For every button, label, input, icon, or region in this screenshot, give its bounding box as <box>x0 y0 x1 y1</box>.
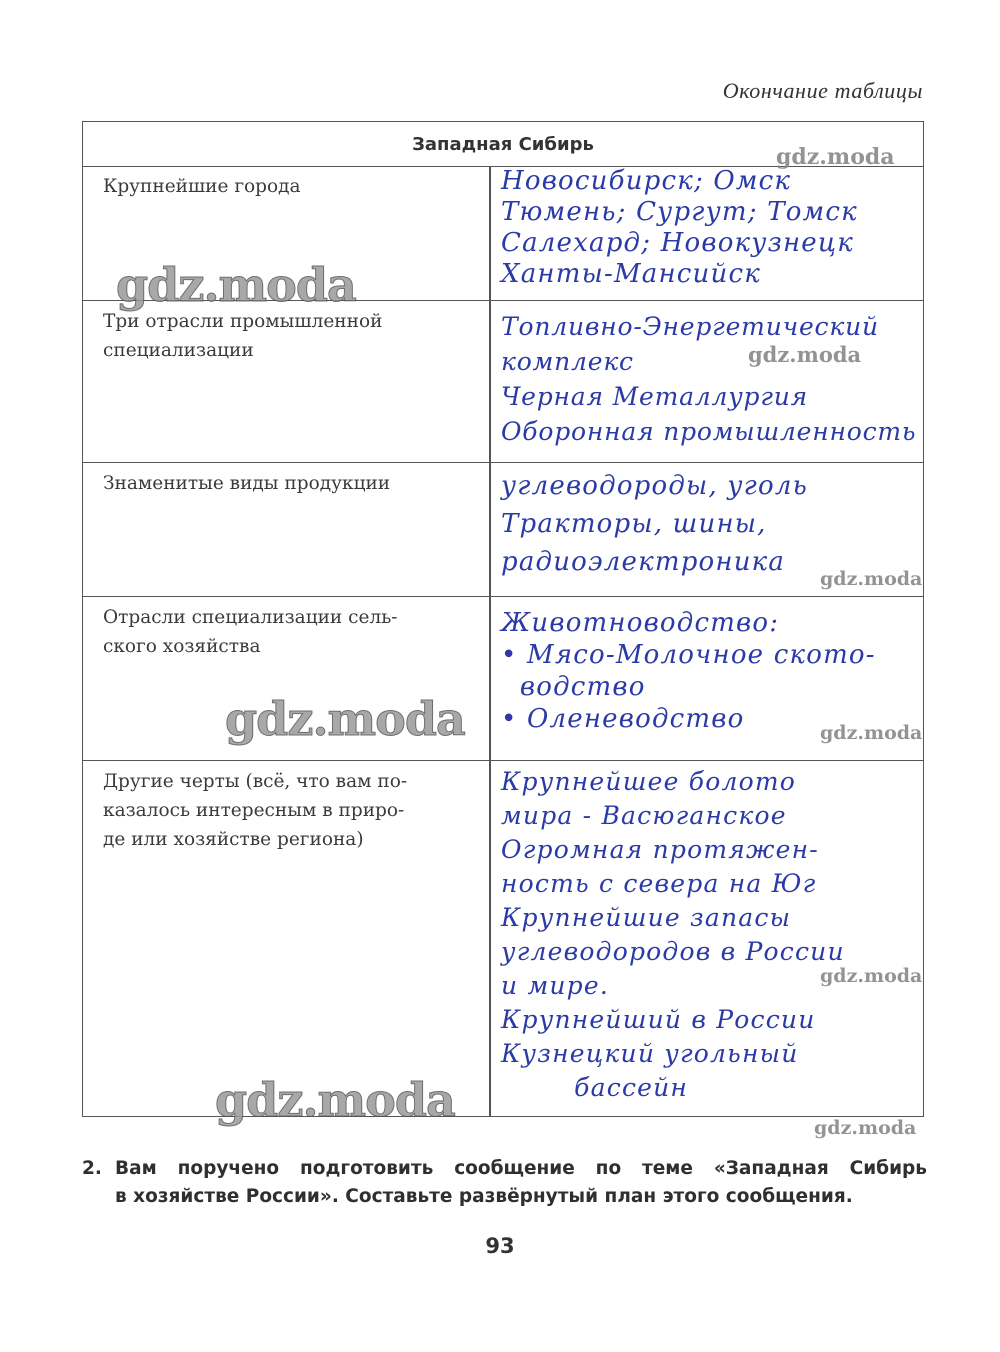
table-header-region: Западная Сибирь <box>83 122 923 167</box>
table-row-agriculture: Отрасли специализации сель- ского хозяйс… <box>83 597 923 761</box>
answer-line: Тюмень; Сургут; Томск <box>501 197 926 228</box>
answer-line: Ханты-Мансийск <box>501 259 926 290</box>
answer-line: Крупнейший в России <box>501 1003 926 1037</box>
handwritten-answer: Животноводство:• Мясо-Молочное ското- во… <box>501 607 926 735</box>
answer-line: Крупнейшее болото <box>501 765 926 799</box>
answer-line: • Мясо-Молочное ското- <box>501 639 926 671</box>
handwritten-answer: Топливно-ЭнергетическийкомплексЧерная Ме… <box>501 309 926 449</box>
answer-line: Новосибирск; Омск <box>501 166 926 197</box>
answer-line: углеводородов в России <box>501 935 926 969</box>
table-row-industry-specialization: Три отрасли промышленной специализации Т… <box>83 301 923 463</box>
answer-line: Кузнецкий угольный <box>501 1037 926 1071</box>
task-text-line-2: в хозяйстве России». Составьте развёрнут… <box>115 1183 927 1211</box>
table-continuation-caption: Окончание таблицы <box>723 78 923 104</box>
region-table: Западная Сибирь Крупнейшие города Новоси… <box>82 121 924 1117</box>
answer-line: Оборонная промышленность <box>501 414 926 449</box>
answer-line: радиоэлектроника <box>501 543 926 581</box>
row-label: Три отрасли промышленной специализации <box>103 307 473 365</box>
answer-line: водство <box>501 671 926 703</box>
table-row-famous-products: Знаменитые виды продукции углеводороды, … <box>83 463 923 597</box>
row-label: Крупнейшие города <box>103 172 473 201</box>
answer-line: Топливно-Энергетический <box>501 309 926 344</box>
answer-line: комплекс <box>501 344 926 379</box>
answer-line: мира - Васюганское <box>501 799 926 833</box>
task-text-line-1: Вам поручено подготовить сообщение по те… <box>115 1155 927 1183</box>
answer-line: • Оленеводство <box>501 703 926 735</box>
answer-line: Животноводство: <box>501 607 926 639</box>
answer-line: Тракторы, шины, <box>501 505 926 543</box>
handwritten-answer: Крупнейшее болотомира - ВасюганскоеОгром… <box>501 765 926 1105</box>
watermark: gdz.moda <box>814 1117 916 1139</box>
task-number: 2. <box>82 1155 102 1183</box>
task-text: Вам поручено подготовить сообщение по те… <box>115 1155 927 1211</box>
answer-line: углеводороды, уголь <box>501 467 926 505</box>
handwritten-answer: углеводороды, угольТракторы, шины,радиоэ… <box>501 467 926 581</box>
table-row-largest-cities: Крупнейшие города Новосибирск; ОмскТюмен… <box>83 166 923 301</box>
row-label: Знаменитые виды продукции <box>103 469 473 498</box>
answer-line: Огромная протяжен- <box>501 833 926 867</box>
handwritten-answer: Новосибирск; ОмскТюмень; Сургут; ТомскСа… <box>501 166 926 290</box>
answer-line: Крупнейшие запасы <box>501 901 926 935</box>
answer-line: бассейн <box>501 1071 926 1105</box>
table-row-other-features: Другие черты (всё, что вам по- казалось … <box>83 761 923 1116</box>
answer-line: Черная Металлургия <box>501 379 926 414</box>
row-label: Отрасли специализации сель- ского хозяйс… <box>103 603 473 661</box>
answer-line: Салехард; Новокузнецк <box>501 228 926 259</box>
answer-line: ность с севера на Юг <box>501 867 926 901</box>
task-2: 2. Вам поручено подготовить сообщение по… <box>82 1155 927 1211</box>
answer-line: и мире. <box>501 969 926 1003</box>
row-label: Другие черты (всё, что вам по- казалось … <box>103 767 473 854</box>
page-number: 93 <box>0 1234 1000 1258</box>
